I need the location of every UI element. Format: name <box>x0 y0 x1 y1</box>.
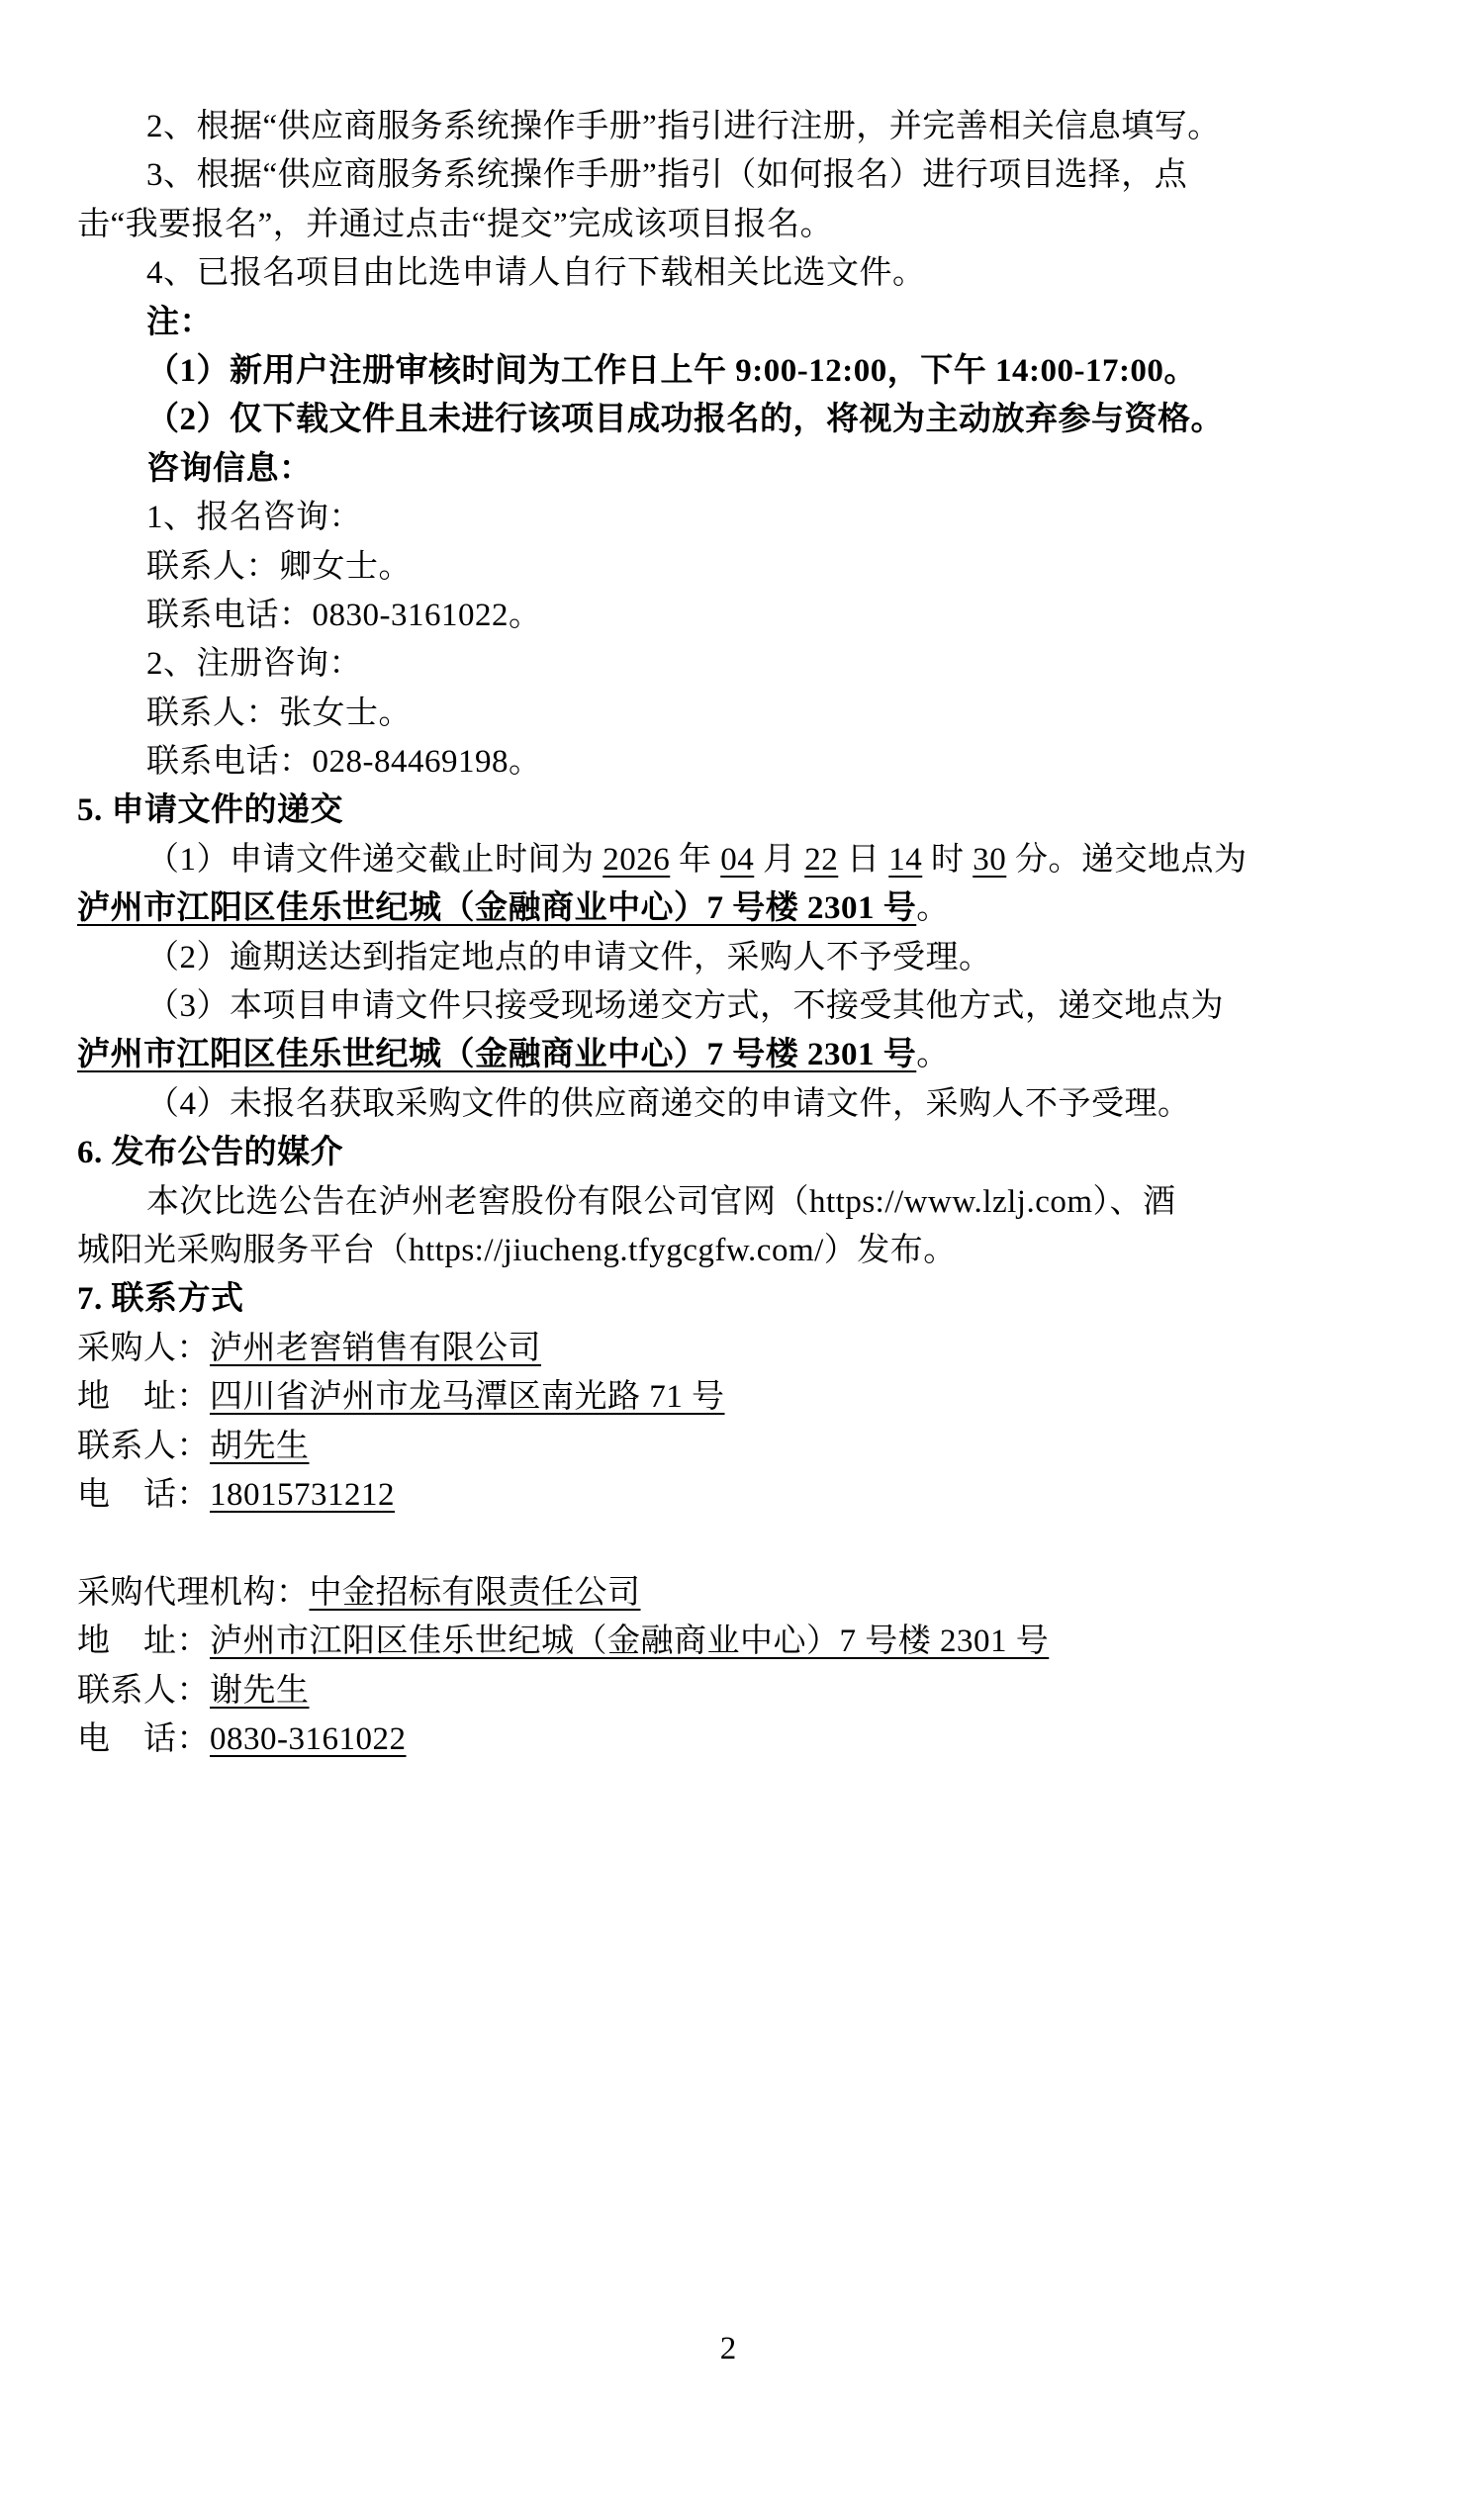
text-segment: 3、根据“供应商服务系统操作手册”指引（如何报名）进行项目选择，点 <box>146 157 1187 193</box>
consult-info-label: 咨询信息： <box>77 445 1425 494</box>
text-segment: 地 址： <box>77 1379 210 1415</box>
text-segment: 月 <box>754 842 804 878</box>
text-segment: 咨询信息： <box>146 451 313 487</box>
text-segment: 日 <box>838 842 888 878</box>
agency-name: 采购代理机构：中金招标有限责任公司 <box>77 1569 1425 1618</box>
note-item-2: （2）仅下载文件且未进行该项目成功报名的，将视为主动放弃参与资格。 <box>77 396 1425 444</box>
text-segment: 电 话： <box>77 1721 210 1757</box>
text-segment: 。 <box>916 1037 950 1072</box>
submit-deadline: （1）申请文件递交截止时间为 2026 年 04 月 22 日 14 时 30 … <box>77 836 1425 884</box>
text-segment: 2、根据“供应商服务系统操作手册”指引进行注册，并完善相关信息填写。 <box>146 109 1221 144</box>
text-segment: 谢先生 <box>210 1673 310 1709</box>
purchaser-contact: 联系人：胡先生 <box>77 1423 1425 1471</box>
submit-address-2: 泸州市江阳区佳乐世纪城（金融商业中心）7 号楼 2301 号。 <box>77 1031 1425 1079</box>
text-segment: 联系电话：028-84469198。 <box>146 744 542 780</box>
consult-1-phone: 联系电话：0830-3161022。 <box>77 592 1425 640</box>
text-segment: 30 <box>973 842 1006 878</box>
document-page: 2、根据“供应商服务系统操作手册”指引进行注册，并完善相关信息填写。3、根据“供… <box>0 0 1484 2506</box>
consult-1-title: 1、报名咨询： <box>77 494 1425 542</box>
text-segment: 18015731212 <box>210 1477 395 1513</box>
purchaser-phone: 电 话：18015731212 <box>77 1471 1425 1520</box>
text-segment: 6. 发布公告的媒介 <box>77 1135 343 1170</box>
para-download: 4、已报名项目由比选申请人自行下载相关比选文件。 <box>77 249 1425 298</box>
purchaser-name: 采购人：泸州老窖销售有限公司 <box>77 1325 1425 1373</box>
text-segment: 采购人： <box>77 1331 210 1366</box>
agency-phone: 电 话：0830-3161022 <box>77 1716 1425 1764</box>
text-segment: 联系人： <box>77 1673 210 1709</box>
submit-late-rule: （2）逾期送达到指定地点的申请文件，采购人不予受理。 <box>77 934 1425 982</box>
consult-2-title: 2、注册咨询： <box>77 640 1425 689</box>
text-segment: （4）未报名获取采购文件的供应商递交的申请文件，采购人不予受理。 <box>146 1086 1191 1122</box>
agency-address: 地 址：泸州市江阳区佳乐世纪城（金融商业中心）7 号楼 2301 号 <box>77 1618 1425 1666</box>
text-segment: 联系电话：0830-3161022。 <box>146 598 542 633</box>
section-7-heading: 7. 联系方式 <box>77 1275 1425 1324</box>
text-segment: 泸州市江阳区佳乐世纪城（金融商业中心）7 号楼 2301 号 <box>77 1037 916 1072</box>
text-segment: 时 <box>922 842 973 878</box>
text-segment: 泸州市江阳区佳乐世纪城（金融商业中心）7 号楼 2301 号 <box>77 890 916 926</box>
text-segment: 。 <box>916 890 950 926</box>
text-segment: 2026 <box>603 842 670 878</box>
media-line-2: 城阳光采购服务平台（https://jiucheng.tfygcgfw.com/… <box>77 1227 1425 1275</box>
submit-unregistered-rule: （4）未报名获取采购文件的供应商递交的申请文件，采购人不予受理。 <box>77 1080 1425 1129</box>
note-item-1: （1）新用户注册审核时间为工作日上午 9:00-12:00，下午 14:00-1… <box>77 347 1425 396</box>
text-segment: 本次比选公告在泸州老窖股份有限公司官网（https://www.lzlj.com… <box>146 1184 1176 1220</box>
agency-contact: 联系人：谢先生 <box>77 1667 1425 1716</box>
text-segment: 2、注册咨询： <box>146 646 362 682</box>
text-segment: （3）本项目申请文件只接受现场递交方式，不接受其他方式，递交地点为 <box>146 988 1224 1024</box>
text-segment: 分。递交地点为 <box>1006 842 1247 878</box>
text-segment: 7. 联系方式 <box>77 1281 244 1317</box>
consult-1-contact: 联系人：卿女士。 <box>77 543 1425 592</box>
text-segment: 0830-3161022 <box>210 1721 407 1757</box>
text-segment: 泸州老窖销售有限公司 <box>210 1331 541 1366</box>
para-register: 2、根据“供应商服务系统操作手册”指引进行注册，并完善相关信息填写。 <box>77 103 1425 151</box>
consult-2-contact: 联系人：张女士。 <box>77 690 1425 738</box>
para-signup-line-1: 3、根据“供应商服务系统操作手册”指引（如何报名）进行项目选择，点 <box>77 151 1425 200</box>
submit-onsite-rule: （3）本项目申请文件只接受现场递交方式，不接受其他方式，递交地点为 <box>77 982 1425 1031</box>
text-segment: 电 话： <box>77 1477 210 1513</box>
purchaser-address: 地 址：四川省泸州市龙马潭区南光路 71 号 <box>77 1373 1425 1422</box>
text-segment: 采购代理机构： <box>77 1575 310 1611</box>
section-6-heading: 6. 发布公告的媒介 <box>77 1129 1425 1177</box>
text-segment: （1）新用户注册审核时间为工作日上午 9:00-12:00，下午 14:00-1… <box>146 353 1197 389</box>
text-segment: 击“我要报名”，并通过点击“提交”完成该项目报名。 <box>77 207 833 242</box>
blank-line <box>77 1520 1425 1568</box>
page-number: 2 <box>0 2325 1456 2373</box>
text-segment: 地 址： <box>77 1624 210 1659</box>
text-segment: 22 <box>804 842 838 878</box>
text-segment: 14 <box>888 842 922 878</box>
text-segment: 联系人： <box>77 1429 210 1464</box>
document-body: 2、根据“供应商服务系统操作手册”指引进行注册，并完善相关信息填写。3、根据“供… <box>77 103 1425 1764</box>
text-segment: 四川省泸州市龙马潭区南光路 71 号 <box>210 1379 725 1415</box>
text-segment: （1）申请文件递交截止时间为 <box>146 842 603 878</box>
consult-2-phone: 联系电话：028-84469198。 <box>77 738 1425 787</box>
submit-address-1: 泸州市江阳区佳乐世纪城（金融商业中心）7 号楼 2301 号。 <box>77 884 1425 933</box>
section-5-heading: 5. 申请文件的递交 <box>77 787 1425 835</box>
para-signup-line-2: 击“我要报名”，并通过点击“提交”完成该项目报名。 <box>77 201 1425 249</box>
media-line-1: 本次比选公告在泸州老窖股份有限公司官网（https://www.lzlj.com… <box>77 1178 1425 1227</box>
text-segment: （2）仅下载文件且未进行该项目成功报名的，将视为主动放弃参与资格。 <box>146 402 1224 437</box>
text-segment: 联系人：张女士。 <box>146 696 412 731</box>
text-segment: 4、已报名项目由比选申请人自行下载相关比选文件。 <box>146 255 926 291</box>
text-segment: 年 <box>670 842 720 878</box>
text-segment: 联系人：卿女士。 <box>146 549 412 585</box>
text-segment: 5. 申请文件的递交 <box>77 792 343 828</box>
text-segment: 04 <box>720 842 754 878</box>
text-segment: 中金招标有限责任公司 <box>310 1575 641 1611</box>
text-segment: 1、报名咨询： <box>146 500 362 535</box>
text-segment: 胡先生 <box>210 1429 310 1464</box>
note-label: 注： <box>77 299 1425 347</box>
text-segment: 城阳光采购服务平台（https://jiucheng.tfygcgfw.com/… <box>77 1233 957 1268</box>
text-segment: （2）逾期送达到指定地点的申请文件，采购人不予受理。 <box>146 940 992 975</box>
text-segment: 泸州市江阳区佳乐世纪城（金融商业中心）7 号楼 2301 号 <box>210 1624 1049 1659</box>
text-segment: 注： <box>146 305 213 340</box>
